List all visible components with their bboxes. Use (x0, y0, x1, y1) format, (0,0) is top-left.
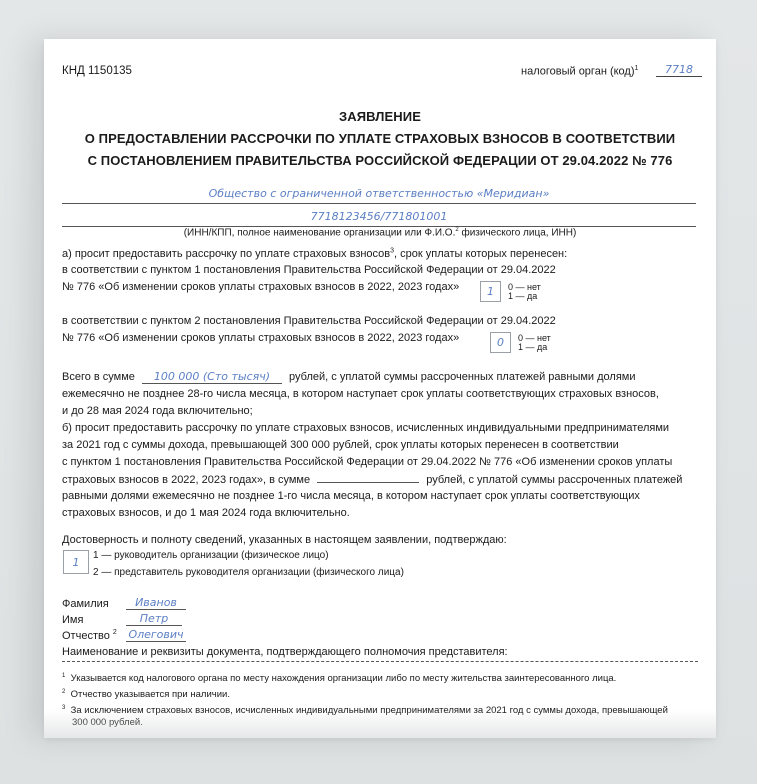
section-a-intro-end: , срок уплаты которых перенесен: (394, 248, 567, 260)
section-a-item1-line1: в соответствии с пунктом 1 постановления… (62, 262, 556, 278)
section-a-item2-line2: № 776 «Об изменении сроков уплаты страхо… (62, 330, 459, 346)
patronymic-label-text: Отчество (62, 630, 110, 642)
patronymic-label: Отчество2 (62, 628, 117, 644)
confirmation-option2: 2 — представитель руководителя организац… (93, 566, 404, 580)
tax-authority-label: налоговый орган (код)1 (521, 65, 638, 78)
section-b-line4: страховых взносов в 2022, 2023 годах», в… (62, 471, 682, 488)
section-a-intro-text: а) просит предоставить рассрочку по упла… (62, 248, 390, 260)
section-b-line5: равными долями ежемесячно не позднее 1-г… (62, 488, 640, 504)
section-b-line2: за 2021 год с суммы дохода, превышающей … (62, 437, 619, 453)
patronymic-field[interactable]: Олегович (126, 628, 186, 642)
footnote-3: 3 За исключением страховых взносов, исчи… (62, 701, 668, 718)
surname-field[interactable]: Иванов (126, 596, 186, 610)
caption-text: (ИНН/КПП, полное наименование организаци… (184, 227, 456, 238)
footnote-text: Указывается код налогового органа по мес… (71, 673, 617, 684)
section-a-item1-line2: № 776 «Об изменении сроков уплаты страхо… (62, 279, 459, 295)
section-b-line3: с пунктом 1 постановления Правительства … (62, 454, 672, 470)
footnote-text: Отчество указывается при наличии. (71, 689, 230, 700)
application-form-page: КНД 1150135 налоговый орган (код)1 7718 … (44, 39, 716, 738)
document-subtitle-line1: О ПРЕДОСТАВЛЕНИИ РАССРОЧКИ ПО УПЛАТЕ СТР… (44, 131, 716, 146)
name-field[interactable]: Петр (126, 612, 182, 626)
footnote-text: За исключением страховых взносов, исчисл… (71, 705, 668, 716)
knd-code: КНД 1150135 (62, 65, 132, 77)
section-a-line3: и до 28 мая 2024 года включительно; (62, 403, 253, 419)
footnote-separator (62, 661, 698, 662)
item2-value-box[interactable]: 0 (490, 332, 511, 353)
sum-a-field[interactable]: 100 000 (Сто тысяч) (142, 370, 282, 384)
section-a-sum-line: Всего в сумме 100 000 (Сто тысяч) рублей… (62, 369, 636, 385)
section-a-line2: ежемесячно не позднее 28-го числа месяца… (62, 386, 659, 402)
sum-b-field[interactable] (317, 471, 419, 483)
tax-authority-label-text: налоговый орган (код) (521, 66, 635, 78)
caption-text-end: физического лица, ИНН) (459, 227, 577, 238)
confirmation-value-box[interactable]: 1 (63, 550, 89, 574)
footnote-mark: 3 (62, 705, 65, 711)
footnote-2: 2 Отчество указывается при наличии. (62, 685, 230, 702)
section-b-line6: страховых взносов, и до 1 мая 2024 года … (62, 505, 350, 521)
document-subtitle-line2: С ПОСТАНОВЛЕНИЕМ ПРАВИТЕЛЬСТВА РОССИЙСКО… (44, 153, 716, 168)
confirmation-option1: 1 — руководитель организации (физическое… (93, 549, 329, 563)
representative-document-label: Наименование и реквизиты документа, подт… (62, 644, 508, 660)
footnote-1: 1 Указывается код налогового органа по м… (62, 669, 616, 686)
footnote-ref: 1 (635, 65, 639, 72)
section-b-line4-text: страховых взносов в 2022, 2023 годах», в… (62, 474, 310, 486)
confirmation-heading: Достоверность и полноту сведений, указан… (62, 532, 507, 548)
section-b-line1: б) просит предоставить рассрочку по упла… (62, 420, 669, 436)
sum-after-text: рублей, с уплатой суммы рассроченных пла… (289, 371, 635, 383)
item1-value-box[interactable]: 1 (480, 281, 501, 302)
section-b-line4-end: рублей, с уплатой суммы рассроченных пла… (426, 474, 682, 486)
footnote-ref: 2 (113, 629, 117, 636)
legend-yes: 1 — да (518, 343, 547, 352)
name-label: Имя (62, 612, 83, 628)
sum-label: Всего в сумме (62, 371, 135, 383)
section-a-intro: а) просит предоставить рассрочку по упла… (62, 246, 567, 262)
tax-authority-code-field[interactable]: 7718 (656, 63, 702, 77)
section-a-item2-line1: в соответствии с пунктом 2 постановления… (62, 313, 556, 329)
applicant-caption: (ИНН/КПП, полное наименование организаци… (44, 227, 716, 238)
inn-kpp-field[interactable]: 7718123456/771801001 (62, 208, 696, 227)
footnote-mark: 1 (62, 673, 65, 679)
legend-yes: 1 — да (508, 292, 537, 301)
footnote-3-continued: 300 000 рублей. (72, 716, 143, 730)
document-title: ЗАЯВЛЕНИЕ (44, 109, 716, 124)
footnote-mark: 2 (62, 689, 65, 695)
surname-label: Фамилия (62, 596, 109, 612)
organization-name-field[interactable]: Общество с ограниченной ответственностью… (62, 185, 696, 204)
